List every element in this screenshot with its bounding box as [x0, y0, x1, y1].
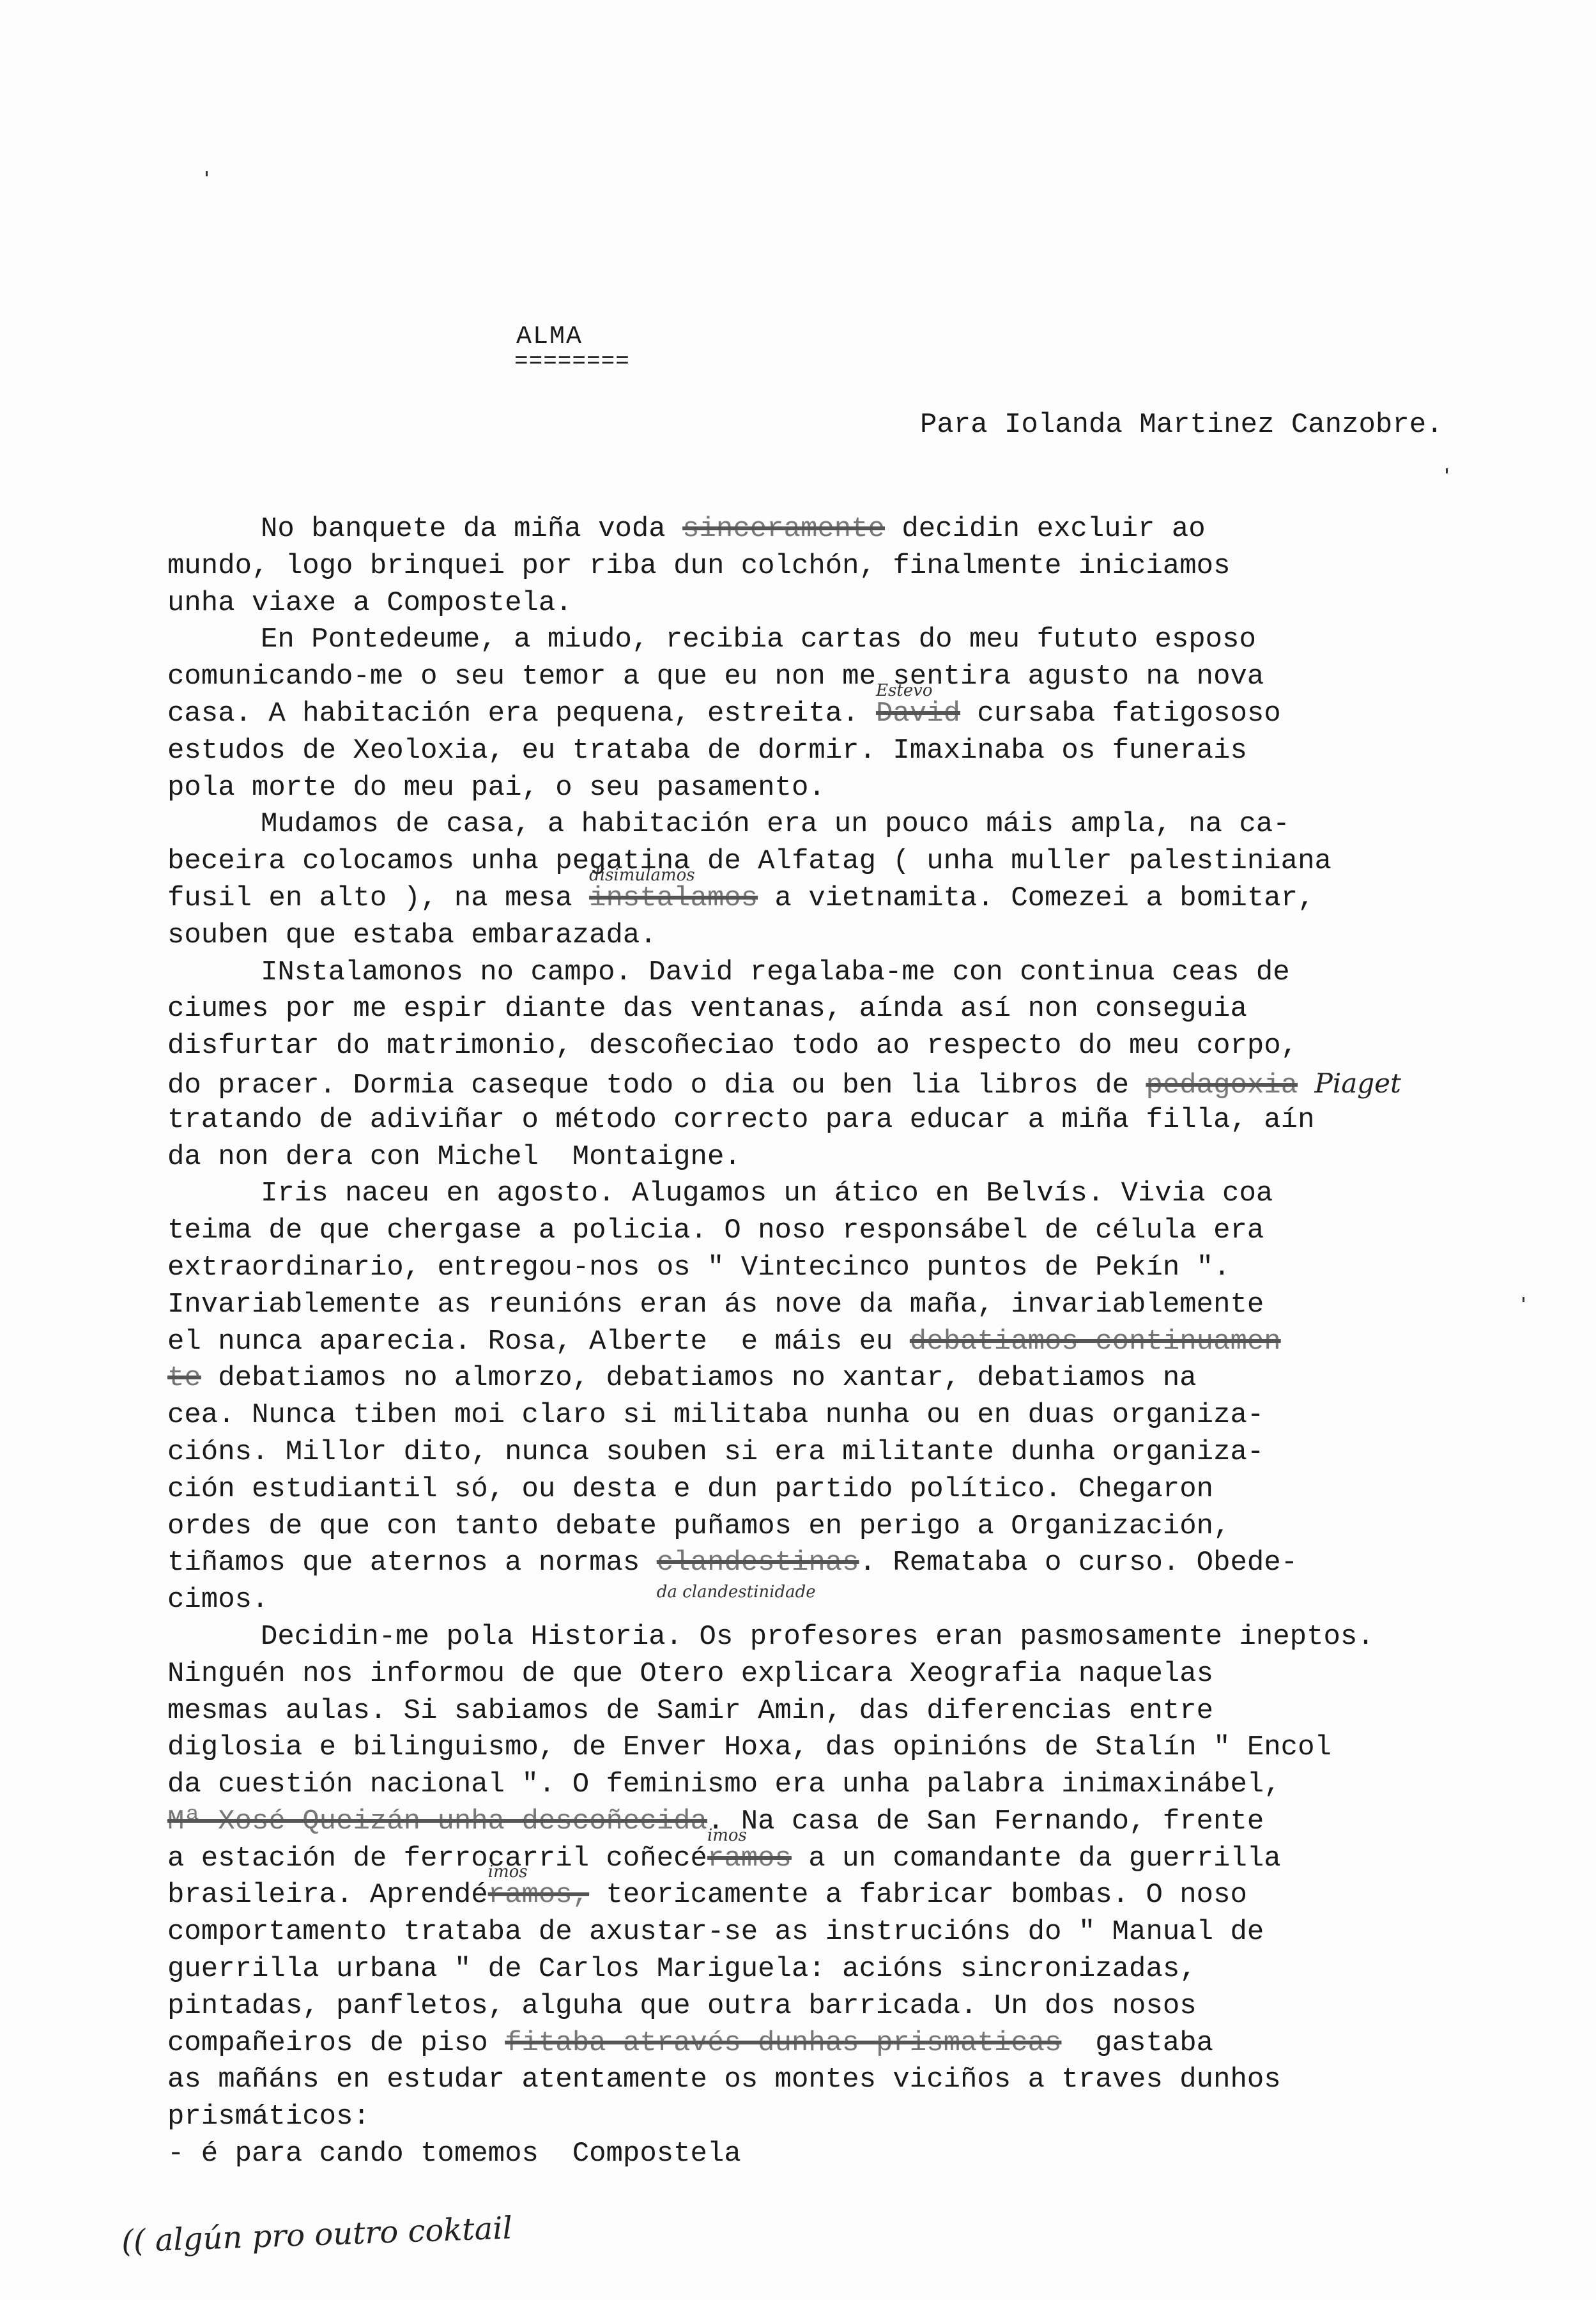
document-title: ALMA	[516, 323, 583, 351]
text-segment: cimos.	[167, 1584, 268, 1616]
text-segment: cursaba fatigososo	[960, 698, 1281, 730]
text-line: Invariablemente as reunións eran ás nove…	[167, 1287, 1573, 1324]
text-segment: compañeiros de piso	[167, 2027, 505, 2059]
handwritten-correction: disimulamos	[589, 857, 694, 894]
text-segment: prismáticos:	[167, 2101, 370, 2133]
text-segment: comportamento trataba de axustar-se as i…	[167, 1916, 1264, 1948]
text-line: tiñamos que aternos a normas clandestina…	[167, 1545, 1573, 1582]
text-line: brasileira. Aprendéramos,imos teoricamen…	[167, 1877, 1573, 1914]
text-line: pola morte do meu pai, o seu pasamento.	[167, 770, 1573, 807]
text-line: da cuestión nacional ". O feminismo era …	[167, 1767, 1573, 1804]
struck-out-text: pedagoxia	[1146, 1069, 1298, 1101]
text-segment: Iris naceu en agosto. Alugamos un ático …	[261, 1177, 1273, 1209]
text-line: mundo, logo brinquei por riba dun colchó…	[167, 548, 1573, 585]
typewritten-page: ALMA ======== Para Iolanda Martinez Canz…	[0, 0, 1596, 2300]
correction-group: ramosimos	[707, 1841, 792, 1878]
text-segment: da non dera con Michel Montaigne.	[167, 1141, 741, 1173]
text-line: Ninguén nos informou de que Otero explic…	[167, 1656, 1573, 1693]
text-segment: gastaba	[1061, 2027, 1213, 2059]
handwritten-correction: Estevo	[876, 673, 933, 710]
text-segment: diglosia e bilinguismo, de Enver Hoxa, d…	[167, 1731, 1331, 1763]
text-segment: teima de que chergase a policia. O noso …	[167, 1215, 1264, 1246]
text-line: prismáticos:	[167, 2099, 1573, 2136]
title-underline: ========	[514, 348, 630, 374]
text-segment: beceira colocamos unha pegatina de Alfat…	[167, 845, 1331, 877]
text-segment: - é para cando tomemos Compostela	[167, 2138, 741, 2170]
paper-speck	[206, 171, 208, 176]
text-segment: a un comandante da guerrilla	[792, 1843, 1281, 1874]
text-segment: a estación de ferrocarril coñecé	[167, 1843, 707, 1874]
text-segment: . Remataba o curso. Obede-	[859, 1547, 1298, 1579]
text-segment: pola morte do meu pai, o seu pasamento.	[167, 772, 825, 804]
text-segment: tiñamos que aternos a normas	[167, 1547, 657, 1579]
text-line: diglosia e bilinguismo, de Enver Hoxa, d…	[167, 1729, 1573, 1767]
text-line: te debatiamos no almorzo, debatiamos no …	[167, 1360, 1573, 1397]
text-line: comportamento trataba de axustar-se as i…	[167, 1914, 1573, 1951]
text-segment: Mudamos de casa, a habitación era un pou…	[261, 808, 1290, 840]
text-segment: cións. Millor dito, nunca souben si era …	[167, 1436, 1264, 1468]
text-segment: mundo, logo brinquei por riba dun colchó…	[167, 550, 1230, 582]
text-line: Decidin-me pola Historia. Os profesores …	[167, 1619, 1573, 1656]
handwritten-correction: Piaget	[1315, 1068, 1401, 1099]
correction-group: clandestinasda clandestinidade	[657, 1545, 859, 1582]
handwritten-correction: da clandestinidade	[657, 1574, 816, 1611]
struck-out-text: Mª Xosé Queizán unha descoñecida	[167, 1805, 707, 1837]
text-segment: cea. Nunca tiben moi claro si militaba n…	[167, 1399, 1264, 1431]
text-segment: INstalamonos no campo. David regalaba-me…	[261, 956, 1290, 988]
text-line: ciumes por me espir diante das ventanas,…	[167, 991, 1573, 1028]
text-segment: comunicando-me o seu temor a que eu non …	[167, 661, 1264, 693]
text-line: do pracer. Dormia caseque todo o dia ou …	[167, 1065, 1573, 1102]
text-line: a estación de ferrocarril coñecéramosimo…	[167, 1841, 1573, 1878]
handwritten-footer-note: (( algún pro outro coktail	[121, 2210, 513, 2259]
text-segment: teoricamente a fabricar bombas. O noso	[589, 1879, 1247, 1911]
text-line: el nunca aparecia. Rosa, Alberte e máis …	[167, 1324, 1573, 1361]
text-segment: Ninguén nos informou de que Otero explic…	[167, 1658, 1213, 1690]
text-segment: extraordinario, entregou-nos os " Vintec…	[167, 1252, 1230, 1284]
text-segment: debatiamos no almorzo, debatiamos no xan…	[201, 1362, 1197, 1394]
text-segment: fusil en alto ), na mesa	[167, 882, 589, 914]
text-line: No banquete da miña voda sinceramente de…	[167, 511, 1573, 548]
text-segment: casa. A habitación era pequena, estreita…	[167, 698, 876, 730]
struck-out-text: fitaba através dunhas prismaticas	[505, 2027, 1061, 2059]
text-segment: do pracer. Dormia caseque todo o dia ou …	[167, 1069, 1146, 1101]
paper-speck	[1523, 1297, 1524, 1302]
text-line: cea. Nunca tiben moi claro si militaba n…	[167, 1397, 1573, 1434]
dedication: Para Iolanda Martinez Canzobre.	[920, 409, 1443, 441]
text-line: extraordinario, entregou-nos os " Vintec…	[167, 1250, 1573, 1287]
text-segment: mesmas aulas. Si sabiamos de Samir Amin,…	[167, 1695, 1213, 1727]
correction-group: ramos,imos	[488, 1877, 589, 1914]
text-segment: disfurtar do matrimonio, descoñeciao tod…	[167, 1030, 1298, 1062]
text-segment: estudos de Xeoloxia, eu trataba de dormi…	[167, 735, 1247, 767]
text-line: pintadas, panfletos, alguha que outra ba…	[167, 1988, 1573, 2025]
text-line: Iris naceu en agosto. Alugamos un ático …	[167, 1176, 1573, 1213]
text-segment: Decidin-me pola Historia. Os profesores …	[261, 1621, 1374, 1653]
text-line: comunicando-me o seu temor a que eu non …	[167, 659, 1573, 696]
text-segment: guerrilla urbana " de Carlos Mariguela: …	[167, 1953, 1197, 1985]
text-line: compañeiros de piso fitaba através dunha…	[167, 2025, 1573, 2062]
text-line: da non dera con Michel Montaigne.	[167, 1139, 1573, 1176]
text-segment: tratando de adiviñar o método correcto p…	[167, 1104, 1315, 1136]
text-segment: . Na casa de San Fernando, frente	[707, 1805, 1264, 1837]
text-segment: ciumes por me espir diante das ventanas,…	[167, 993, 1247, 1025]
story-body: No banquete da miña voda sinceramente de…	[167, 511, 1573, 2173]
text-line: fusil en alto ), na mesa instalamosdisim…	[167, 880, 1573, 917]
text-segment: decidin excluir ao	[885, 513, 1206, 545]
struck-out-text: te	[167, 1362, 201, 1394]
text-line: ción estudiantil só, ou desta e dun part…	[167, 1471, 1573, 1508]
text-line: disfurtar do matrimonio, descoñeciao tod…	[167, 1028, 1573, 1065]
correction-group: instalamosdisimulamos	[589, 880, 758, 917]
text-segment: brasileira. Aprendé	[167, 1879, 488, 1911]
text-segment	[1298, 1069, 1314, 1101]
text-segment: souben que estaba embarazada.	[167, 919, 657, 951]
text-line: En Pontedeume, a miudo, recibia cartas d…	[167, 622, 1573, 659]
text-segment: pintadas, panfletos, alguha que outra ba…	[167, 1990, 1197, 2022]
text-line: as mañáns en estudar atentamente os mont…	[167, 2062, 1573, 2099]
text-segment: da cuestión nacional ". O feminismo era …	[167, 1768, 1281, 1800]
handwritten-correction: imos	[707, 1818, 747, 1855]
paper-speck	[1446, 468, 1448, 473]
text-line: cimos.	[167, 1582, 1573, 1619]
text-line: teima de que chergase a policia. O noso …	[167, 1213, 1573, 1250]
text-segment: ción estudiantil só, ou desta e dun part…	[167, 1473, 1213, 1505]
text-segment: as mañáns en estudar atentamente os mont…	[167, 2064, 1281, 2096]
text-line: - é para cando tomemos Compostela	[167, 2136, 1573, 2173]
handwritten-correction: imos	[488, 1854, 528, 1891]
text-line: unha viaxe a Compostela.	[167, 585, 1573, 622]
text-line: souben que estaba embarazada.	[167, 917, 1573, 954]
struck-out-text: debatiamos continuamen	[910, 1326, 1281, 1358]
text-segment: a vietnamita. Comezei a bomitar,	[758, 882, 1314, 914]
text-line: cións. Millor dito, nunca souben si era …	[167, 1434, 1573, 1471]
text-line: beceira colocamos unha pegatina de Alfat…	[167, 843, 1573, 880]
text-segment: No banquete da miña voda	[261, 513, 682, 545]
text-line: casa. A habitación era pequena, estreita…	[167, 696, 1573, 733]
text-line: INstalamonos no campo. David regalaba-me…	[167, 954, 1573, 992]
text-line: mesmas aulas. Si sabiamos de Samir Amin,…	[167, 1693, 1573, 1730]
text-segment: Invariablemente as reunións eran ás nove…	[167, 1289, 1264, 1321]
text-line: estudos de Xeoloxia, eu trataba de dormi…	[167, 733, 1573, 770]
text-line: Mudamos de casa, a habitación era un pou…	[167, 806, 1573, 843]
correction-group: DavidEstevo	[876, 696, 960, 733]
text-segment: ordes de que con tanto debate puñamos en…	[167, 1510, 1230, 1542]
text-segment: En Pontedeume, a miudo, recibia cartas d…	[261, 624, 1256, 655]
text-segment: unha viaxe a Compostela.	[167, 587, 572, 619]
text-line: ordes de que con tanto debate puñamos en…	[167, 1508, 1573, 1545]
text-line: tratando de adiviñar o método correcto p…	[167, 1102, 1573, 1139]
text-line: guerrilla urbana " de Carlos Mariguela: …	[167, 1951, 1573, 1988]
struck-out-text: sinceramente	[682, 513, 885, 545]
text-segment: el nunca aparecia. Rosa, Alberte e máis …	[167, 1326, 910, 1358]
text-line: Mª Xosé Queizán unha descoñecida. Na cas…	[167, 1804, 1573, 1841]
